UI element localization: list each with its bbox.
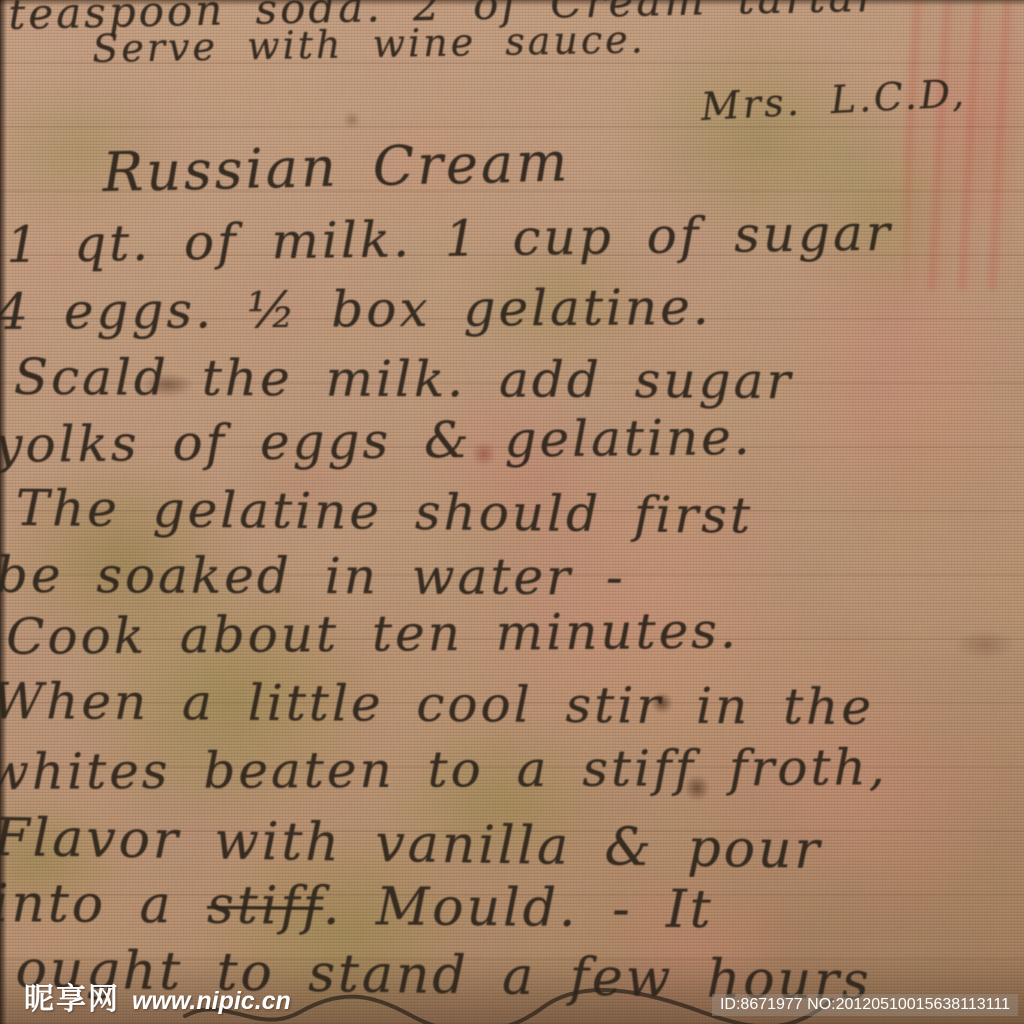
handwriting-line-with-strikethrough: into a stiff. Mould. - It bbox=[0, 878, 714, 936]
handwriting-line: yolks of eggs & gelatine. bbox=[0, 412, 753, 470]
handwriting-line: Flavor with vanilla & pour bbox=[0, 812, 823, 877]
site-logo-text: 昵享网 bbox=[24, 974, 120, 1018]
scanned-recipe-page: teaspoon soda. 2 of Cream tartar Serve w… bbox=[0, 0, 1024, 1024]
image-id-watermark: ID:8671977 NO:20120510015638113111 bbox=[712, 994, 1018, 1016]
handwriting-line: Scald the milk. add sugar bbox=[14, 352, 794, 406]
handwriting-line: When a little cool stir in the bbox=[0, 676, 874, 732]
handwriting-line: 1 qt. of milk. 1 cup of sugar bbox=[6, 208, 893, 270]
attribution-signature: Mrs. L.C.D, bbox=[700, 74, 968, 126]
handwriting-segment: . Mould. - It bbox=[323, 877, 714, 940]
handwriting-segment: into a bbox=[0, 874, 207, 936]
site-url-text: www.nipic.cn bbox=[132, 987, 291, 1016]
struck-word: stiff bbox=[207, 876, 323, 937]
handwriting-line: The gelatine should first bbox=[15, 483, 753, 541]
handwriting-line: be soaked in water - bbox=[0, 550, 626, 602]
handwriting-line: 4 eggs. ½ box gelatine. bbox=[0, 282, 712, 337]
site-watermark: 昵享网 www.nipic.cn bbox=[24, 974, 291, 1018]
handwriting-line: Cook about ten minutes. bbox=[6, 606, 739, 662]
red-streak-stain bbox=[905, 0, 1020, 290]
handwriting-line: Serve with wine sauce. bbox=[92, 20, 646, 68]
handwriting-line: whites beaten to a stiff froth, bbox=[0, 742, 888, 797]
recipe-title: Russian Cream bbox=[102, 135, 571, 200]
